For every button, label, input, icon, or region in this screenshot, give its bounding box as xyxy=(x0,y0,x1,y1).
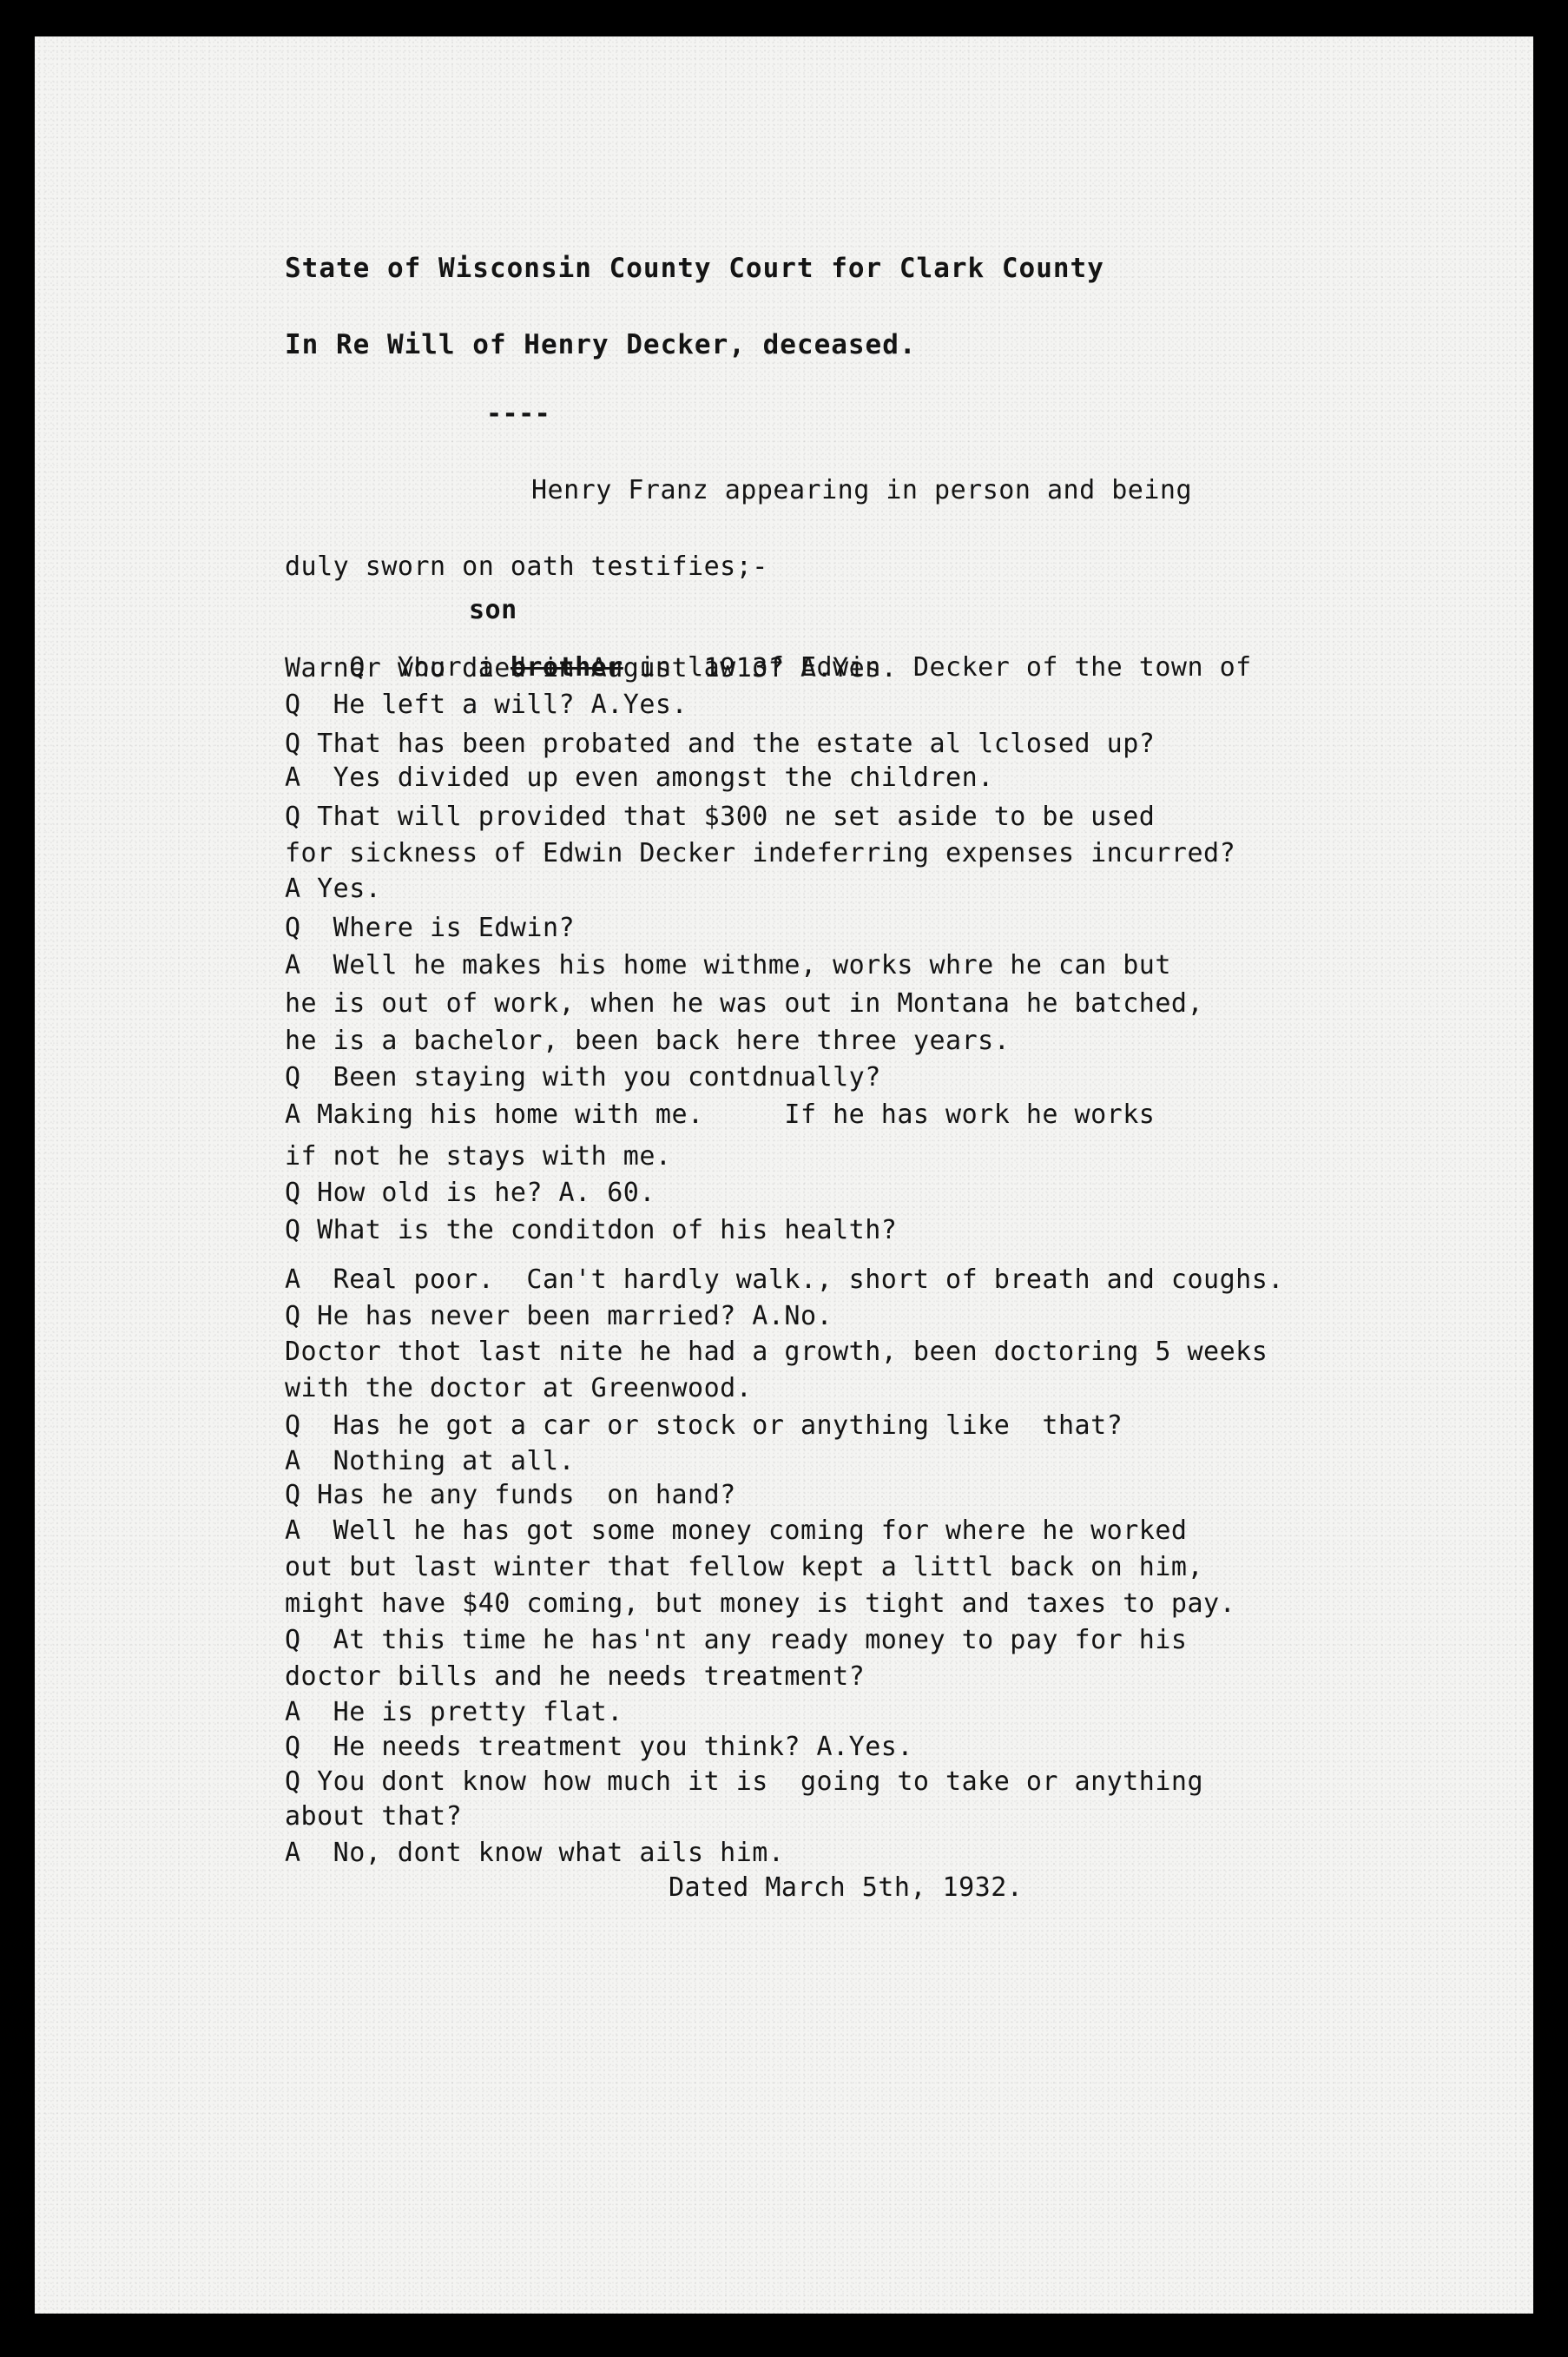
testimony-line: A Yes divided up even amongst the childr… xyxy=(285,763,994,793)
testimony-line: Q That will provided that $300 ne set as… xyxy=(285,802,1155,832)
testimony-line: he is out of work, when he was out in Mo… xyxy=(285,989,1203,1019)
testimony-line: with the doctor at Greenwood. xyxy=(285,1374,752,1403)
intro-line-2: duly sworn on oath testifies;- xyxy=(285,552,768,582)
testimony-line: Q Has he any funds on hand? xyxy=(285,1481,736,1510)
testimony-line: Q At this time he has'nt any ready money… xyxy=(285,1626,1187,1655)
testimony-line: he is a bachelor, been back here three y… xyxy=(285,1027,1010,1056)
testimony-line: A Well he makes his home withme, works w… xyxy=(285,951,1171,980)
testimony-line: if not he stays with me. xyxy=(285,1142,671,1172)
testimony-line: Q What is the conditdon of his health? xyxy=(285,1216,897,1245)
testimony-line: for sickness of Edwin Decker indeferring… xyxy=(285,839,1235,868)
testimony-line: Q He needs treatment you think? A.Yes. xyxy=(285,1733,913,1762)
interlinear-correction: son xyxy=(469,596,517,625)
testimony-line: A Real poor. Can't hardly walk., short o… xyxy=(285,1265,1284,1295)
testimony-line: Q That has been probated and the estate … xyxy=(285,730,1155,759)
separator: ---- xyxy=(486,399,550,429)
testimony-line: Q He has never been married? A.No. xyxy=(285,1302,833,1331)
court-heading: State of Wisconsin County Court for Clar… xyxy=(285,254,1104,283)
testimony-line: A Making his home with me. If he has wor… xyxy=(285,1100,1155,1130)
testimony-line: doctor bills and he needs treatment? xyxy=(285,1662,865,1692)
testimony-line: Q Been staying with you contdnually? xyxy=(285,1063,881,1093)
intro-line-1: Henry Franz appearing in person and bein… xyxy=(531,476,1192,505)
testimony-line: Doctor thot last nite he had a growth, b… xyxy=(285,1337,1268,1367)
testimony-line: Q He left a will? A.Yes. xyxy=(285,690,688,720)
testimony-line: about that? xyxy=(285,1802,462,1832)
testimony-line: Warner who died in August 1913? A.Yes. xyxy=(285,654,897,683)
testimony-line: out but last winter that fellow kept a l… xyxy=(285,1553,1203,1582)
document-page: State of Wisconsin County Court for Clar… xyxy=(35,36,1533,2314)
testimony-line: A Well he has got some money coming for … xyxy=(285,1516,1187,1546)
case-caption: In Re Will of Henry Decker, deceased. xyxy=(285,330,917,360)
testimony-line: might have $40 coming, but money is tigh… xyxy=(285,1589,1235,1619)
testimony-line: Q Where is Edwin? xyxy=(285,914,575,943)
testimony-line: Q How old is he? A. 60. xyxy=(285,1178,656,1208)
date-line: Dated March 5th, 1932. xyxy=(669,1873,1023,1903)
testimony-line: Q You dont know how much it is going to … xyxy=(285,1767,1203,1797)
testimony-line: A He is pretty flat. xyxy=(285,1698,623,1727)
testimony-line: A Yes. xyxy=(285,875,381,904)
testimony-line: Q Has he got a car or stock or anything … xyxy=(285,1411,1123,1441)
testimony-line: A Nothing at all. xyxy=(285,1447,575,1476)
testimony-line: A No, dont know what ails him. xyxy=(285,1839,784,1868)
